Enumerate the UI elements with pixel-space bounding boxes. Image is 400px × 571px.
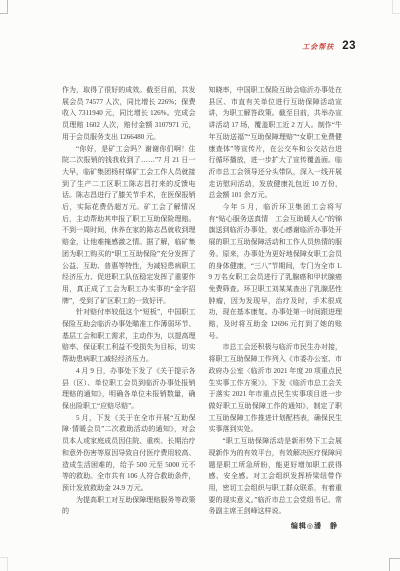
paragraph: 针对赔付率较低这个“短板”，中国职工保险互助会临沂办事处瞄准工作薄弱环节、基层工… [62, 307, 196, 366]
paragraph: “职工互助保障活动是新形势下工会展现新作为的有效平台，有效解决医疗保障问题是职工… [209, 436, 343, 518]
page-number: 23 [342, 40, 356, 52]
paragraph: 今年 5 月，临沂环卫集团工会将写有“贴心服务送真情 工会互助暖人心”的锦旗送到… [209, 202, 343, 342]
crop-mark-top-left [0, 0, 8, 14]
paragraph: 市总工会还积极与临沂市民生办对接，将职工互助保障工作列入《市委办公室、市政府办公… [209, 342, 343, 436]
crop-mark-bottom-left [0, 557, 8, 571]
article-body: 作为，取得了很好的成效。截至目前，共发展会员 74577 人次，同比增长 226… [62, 85, 342, 533]
editor-credit: 编辑◎潘 静 [209, 521, 343, 533]
magazine-page: 工会帮扶 23 作为，取得了很好的成效。截至目前，共发展会员 74577 人次，… [0, 0, 400, 571]
section-label: 工会帮扶 [302, 42, 334, 52]
paragraph: 4 月 9 日，办事处下发了《关于提示各县（区）、单位职工会员到临沂办事处报销理… [62, 366, 196, 413]
paragraph: 知晓率，中国职工保险互助会临沂办事处在县区、市直有关单位进行互助保障活动宣讲，为… [209, 85, 343, 202]
paragraph: 作为，取得了很好的成效。截至目前，共发展会员 74577 人次，同比增长 226… [62, 85, 196, 144]
paragraph: 5 月，下发《关于在全市开展“互助保障·情暖会员”二次救助活动的通知》，对会员本… [62, 413, 196, 495]
crop-mark-bottom-right [389, 558, 400, 571]
paragraph: 为提高职工对互助保障理赔服务等政策的 [62, 495, 196, 518]
left-column: 作为，取得了很好的成效。截至目前，共发展会员 74577 人次，同比增长 226… [62, 85, 196, 533]
page-header: 工会帮扶 23 [302, 40, 356, 52]
paragraph: “你好，是矿工会吗？谢谢你们啊！住院二次报销的钱我收到了……”7 月 21 日一… [62, 144, 196, 308]
right-column: 知晓率，中国职工保险互助会临沂办事处在县区、市直有关单位进行互助保障活动宣讲，为… [209, 85, 343, 533]
crop-mark-top-right [392, 0, 400, 14]
